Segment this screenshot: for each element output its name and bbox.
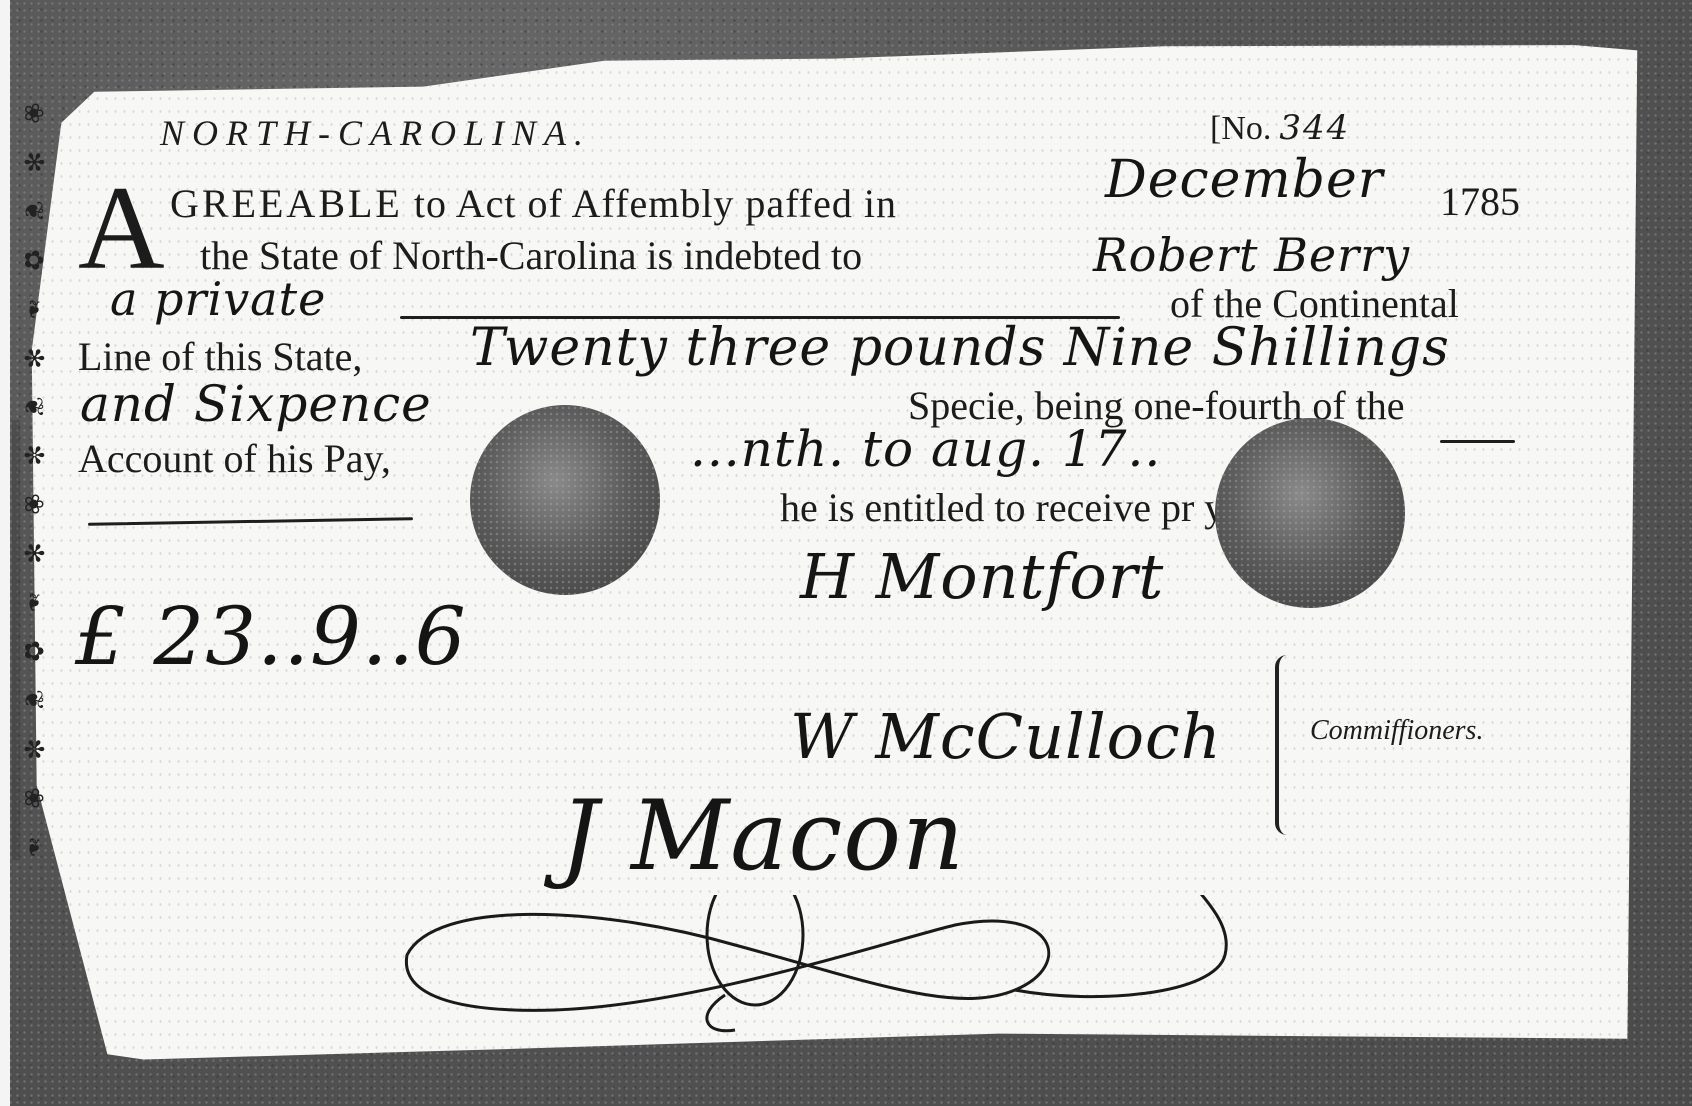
drop-cap: A [78, 168, 165, 288]
handwritten-month: December [1105, 150, 1384, 210]
handwritten-rank: a private [110, 272, 326, 326]
blank-rule [400, 316, 1120, 319]
ornament-icon: ❧ [20, 836, 46, 858]
ornament-icon: ❦ [20, 689, 46, 711]
ornament-icon: ✼ [20, 445, 46, 467]
ornament-icon: ✼ [20, 738, 46, 760]
scan-edge [0, 0, 10, 1106]
seal-hole-left [470, 405, 660, 595]
signature-1: H Montfort [800, 540, 1164, 613]
handwritten-amount-2: and Sixpence [80, 375, 432, 433]
year: 1785 [1440, 178, 1520, 225]
handwritten-payee: Robert Berry [1093, 228, 1410, 282]
ornament-icon: ✻ [20, 151, 46, 173]
commissioners-brace [1275, 655, 1299, 835]
ornament-icon: ❀ [20, 102, 46, 124]
blank-rule [1440, 440, 1515, 443]
line1-caps: GREEABLE [170, 181, 403, 226]
certificate-number: [No.344 [1210, 108, 1350, 148]
ornament-icon: ❦ [20, 200, 46, 222]
ornament-icon: ❧ [20, 298, 46, 320]
signature-flourish [395, 895, 1235, 1035]
ornament-icon: ❀ [20, 787, 46, 809]
commissioners-label: Commiffioners. [1310, 715, 1483, 747]
text-line-1: GREEABLE to Act of Affembly paffed in [170, 180, 897, 227]
ornament-icon: ❦ [20, 396, 46, 418]
decorative-border: ❀ ✻ ❦ ✿ ❧ ✻ ❦ ✼ ❀ ✻ ❧ ✿ ❦ ✼ ❀ ❧ [14, 100, 52, 860]
ornament-icon: ✿ [20, 640, 46, 662]
ornament-icon: ✿ [20, 249, 46, 271]
number-label: [No. [1210, 110, 1271, 147]
text-line-4: Line of this State, [78, 333, 362, 380]
handwritten-total: £ 23..9..6 [75, 590, 467, 683]
number-value: 344 [1279, 108, 1350, 148]
line1-rest: to Act of Affembly paffed in [414, 181, 897, 226]
ornament-icon: ✻ [20, 347, 46, 369]
signature-2: W McCulloch [790, 700, 1222, 773]
handwritten-amount-1: Twenty three pounds Nine Shillings [470, 318, 1450, 378]
ornament-icon: ❀ [20, 493, 46, 515]
signature-3: J Macon [560, 780, 965, 892]
seal-hole-right [1215, 418, 1405, 608]
handwritten-period: ...nth. to aug. 17.. [690, 420, 1161, 478]
text-line-6: Account of his Pay, [78, 435, 391, 482]
ornament-icon: ❧ [20, 591, 46, 613]
state-title: NORTH-CAROLINA. [160, 112, 591, 154]
ornament-icon: ✻ [20, 542, 46, 564]
